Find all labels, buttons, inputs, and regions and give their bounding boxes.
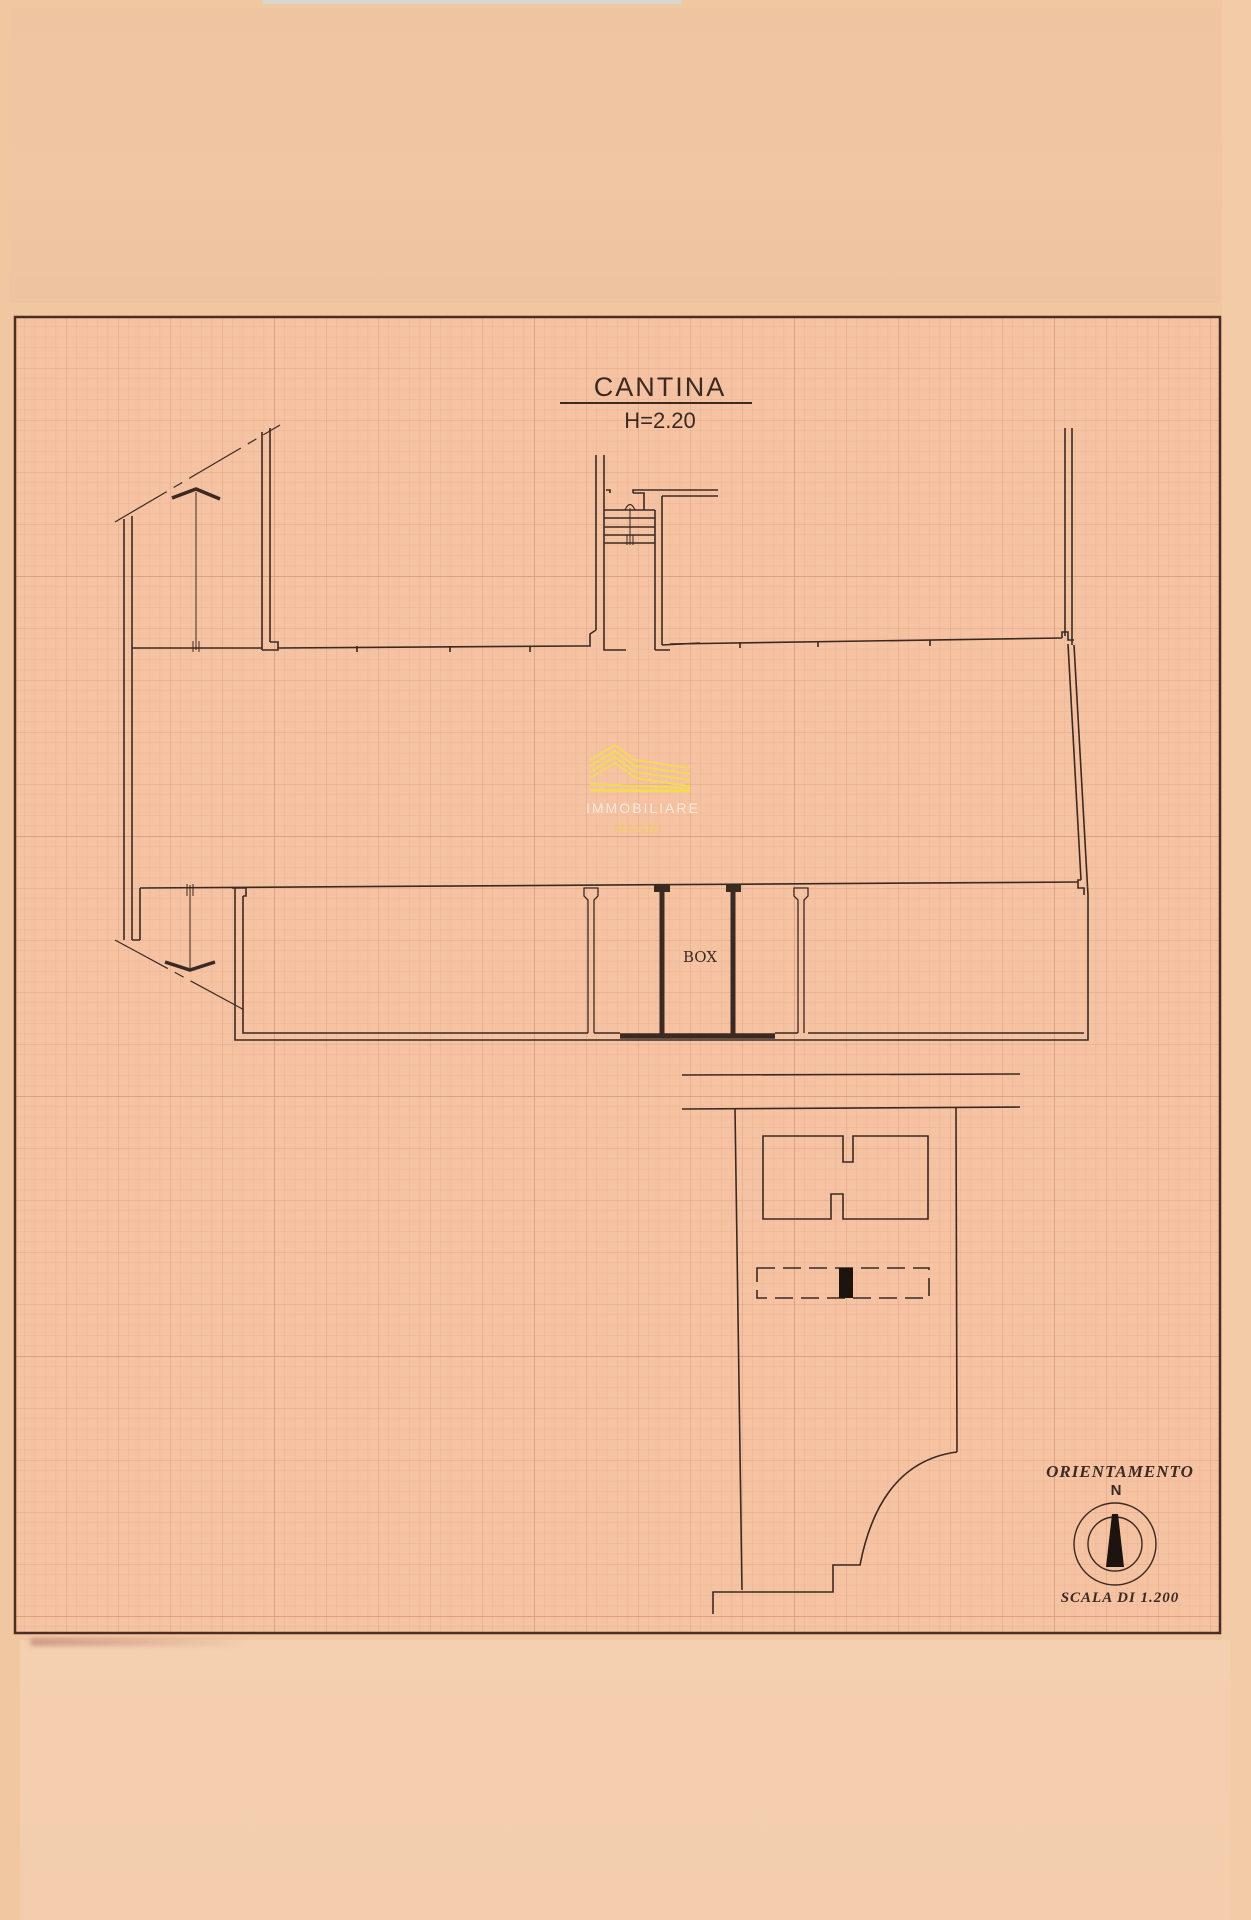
watermark-subtext: MAGNI — [586, 822, 692, 836]
box-room-label: BOX — [670, 948, 730, 966]
orientation-label: ORIENTAMENTO — [1030, 1462, 1210, 1482]
watermark-text: IMMOBILIARE — [586, 800, 692, 816]
ceiling-height: H=2.20 — [600, 408, 720, 434]
scale-label: SCALA DI 1.200 — [1030, 1590, 1210, 1607]
floor-plan-drawing — [0, 0, 1251, 1920]
plan-title: CANTINA — [580, 372, 740, 403]
north-label: N — [1103, 1482, 1129, 1499]
